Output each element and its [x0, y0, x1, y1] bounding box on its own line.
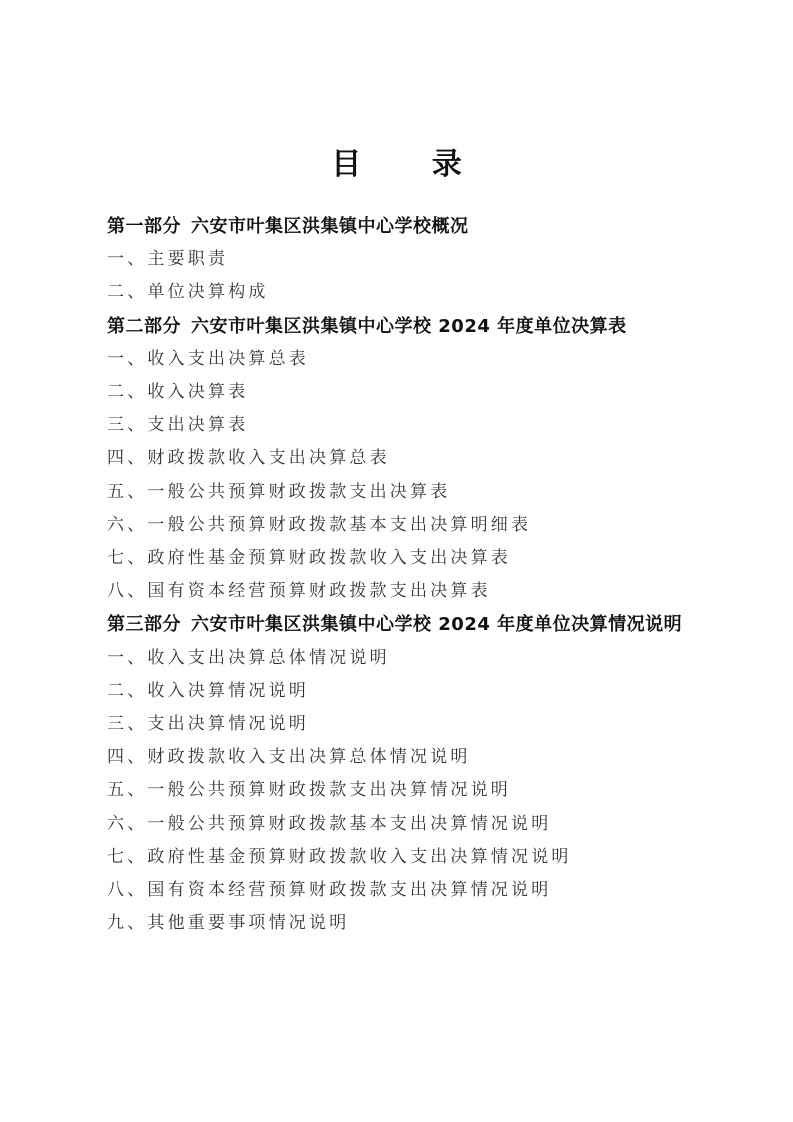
part-title: 六安市叶集区洪集镇中心学校概况 [191, 216, 469, 237]
toc-item[interactable]: 三、支出决算表 [107, 409, 707, 442]
toc-item[interactable]: 八、国有资本经营预算财政拨款支出决算表 [107, 575, 707, 608]
toc-item[interactable]: 七、政府性基金预算财政拨款收入支出决算表 [107, 542, 707, 575]
toc-item[interactable]: 三、支出决算情况说明 [107, 708, 707, 741]
toc-item[interactable]: 七、政府性基金预算财政拨款收入支出决算情况说明 [107, 841, 707, 874]
toc-part-3[interactable]: 第三部分六安市叶集区洪集镇中心学校 2024 年度单位决算情况说明 [107, 608, 702, 641]
toc-part-1[interactable]: 第一部分六安市叶集区洪集镇中心学校概况 [107, 210, 707, 243]
page-title: 目 录 [0, 141, 793, 189]
toc-item[interactable]: 二、收入决算表 [107, 376, 707, 409]
document-page: 目 录 第一部分六安市叶集区洪集镇中心学校概况 一、主要职责 二、单位决算构成 … [0, 0, 793, 1122]
toc-item[interactable]: 八、国有资本经营预算财政拨款支出决算情况说明 [107, 874, 707, 907]
toc-item[interactable]: 一、收入支出决算总体情况说明 [107, 642, 707, 675]
toc-part-2[interactable]: 第二部分六安市叶集区洪集镇中心学校 2024 年度单位决算表 [107, 310, 707, 343]
part-title: 六安市叶集区洪集镇中心学校 2024 年度单位决算表 [191, 316, 627, 337]
toc-item[interactable]: 二、收入决算情况说明 [107, 675, 707, 708]
part-label: 第三部分 [107, 614, 181, 635]
toc-item[interactable]: 五、一般公共预算财政拨款支出决算情况说明 [107, 774, 707, 807]
toc-item[interactable]: 一、主要职责 [107, 243, 707, 276]
part-label: 第一部分 [107, 216, 181, 237]
part-label: 第二部分 [107, 316, 181, 337]
toc-item[interactable]: 九、其他重要事项情况说明 [107, 907, 707, 940]
toc-item[interactable]: 四、财政拨款收入支出决算总表 [107, 442, 707, 475]
toc-item[interactable]: 四、财政拨款收入支出决算总体情况说明 [107, 741, 707, 774]
part-title: 六安市叶集区洪集镇中心学校 2024 年度单位决算情况说明 [191, 614, 682, 635]
toc-item[interactable]: 六、一般公共预算财政拨款基本支出决算情况说明 [107, 808, 707, 841]
toc-item[interactable]: 一、收入支出决算总表 [107, 343, 707, 376]
toc-item[interactable]: 五、一般公共预算财政拨款支出决算表 [107, 476, 707, 509]
toc-item[interactable]: 二、单位决算构成 [107, 276, 707, 309]
toc-item[interactable]: 六、一般公共预算财政拨款基本支出决算明细表 [107, 509, 707, 542]
table-of-contents: 第一部分六安市叶集区洪集镇中心学校概况 一、主要职责 二、单位决算构成 第二部分… [107, 210, 707, 940]
